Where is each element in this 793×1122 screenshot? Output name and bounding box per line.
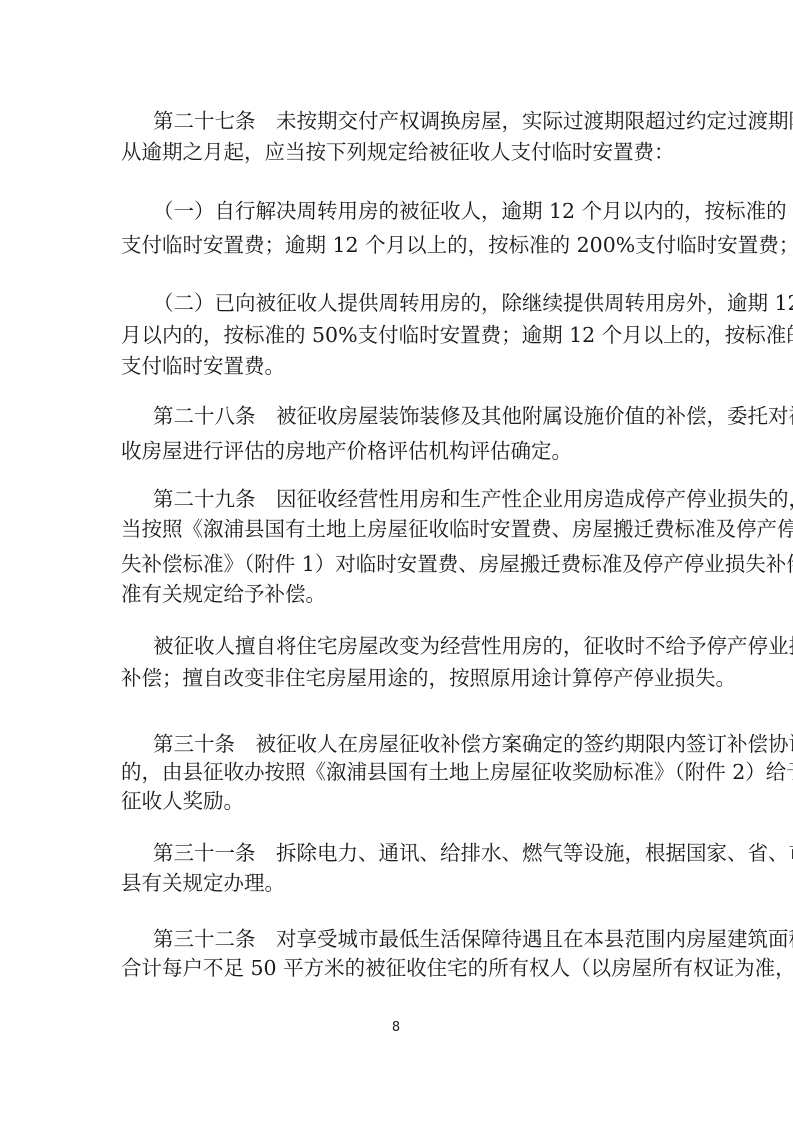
article-30-line-1: 第三十条 被征收人在房屋征收补偿方案确定的签约期限内签订补偿协议 [153, 729, 678, 759]
article-30-line-3: 征收人奖励。 [121, 786, 678, 816]
article-29-line-4: 准有关规定给予补偿。 [121, 579, 678, 609]
article-32-line-1: 第三十二条 对享受城市最低生活保障待遇且在本县范围内房屋建筑面积 [153, 924, 678, 954]
article-27-line-1: 第二十七条 未按期交付产权调换房屋，实际过渡期限超过约定过渡期限的， [153, 106, 678, 136]
article-27-line-2: 从逾期之月起，应当按下列规定给被征收人支付临时安置费： [121, 137, 678, 167]
article-28-line-2: 收房屋进行评估的房地产价格评估机构评估确定。 [121, 436, 678, 466]
article-32-line-2: 合计每户不足 50 平方米的被征收住宅的所有权人（以房屋所有权证为准，共有 [121, 953, 678, 983]
article-27-item-1-line-1: （一）自行解决周转用房的被征收人，逾期 12 个月以内的，按标准的 150% [153, 196, 678, 226]
article-27-item-2-line-2: 月以内的，按标准的 50%支付临时安置费；逾期 12 个月以上的，按标准的 10… [121, 320, 678, 350]
article-29-line-1: 第二十九条 因征收经营性用房和生产性企业用房造成停产停业损失的，应 [153, 484, 678, 514]
document-page: 第二十七条 未按期交付产权调换房屋，实际过渡期限超过约定过渡期限的， 从逾期之月… [0, 0, 793, 1122]
article-29-para-2-line-2: 补偿；擅自改变非住宅房屋用途的，按照原用途计算停产停业损失。 [121, 663, 678, 693]
article-31-line-1: 第三十一条 拆除电力、通讯、给排水、燃气等设施，根据国家、省、市、 [153, 838, 678, 868]
page-number: 8 [386, 1020, 406, 1035]
article-29-para-2-line-1: 被征收人擅自将住宅房屋改变为经营性用房的，征收时不给予停产停业损失 [153, 631, 678, 661]
article-30-line-2: 的，由县征收办按照《溆浦县国有土地上房屋征收奖励标准》（附件 2）给予被 [121, 757, 678, 787]
article-31-line-2: 县有关规定办理。 [121, 868, 678, 898]
article-29-line-3: 失补偿标准》（附件 1）对临时安置费、房屋搬迁费标准及停产停业损失补偿标 [121, 549, 678, 579]
article-27-item-2-line-1: （二）已向被征收人提供周转用房的，除继续提供周转用房外，逾期 12 个 [153, 288, 678, 318]
article-27-item-2-line-3: 支付临时安置费。 [121, 351, 678, 381]
article-27-item-1-line-2: 支付临时安置费；逾期 12 个月以上的，按标准的 200%支付临时安置费； [121, 230, 678, 260]
article-28-line-1: 第二十八条 被征收房屋装饰装修及其他附属设施价值的补偿，委托对被征 [153, 401, 678, 431]
article-29-line-2: 当按照《溆浦县国有土地上房屋征收临时安置费、房屋搬迁费标准及停产停业损 [121, 514, 678, 544]
